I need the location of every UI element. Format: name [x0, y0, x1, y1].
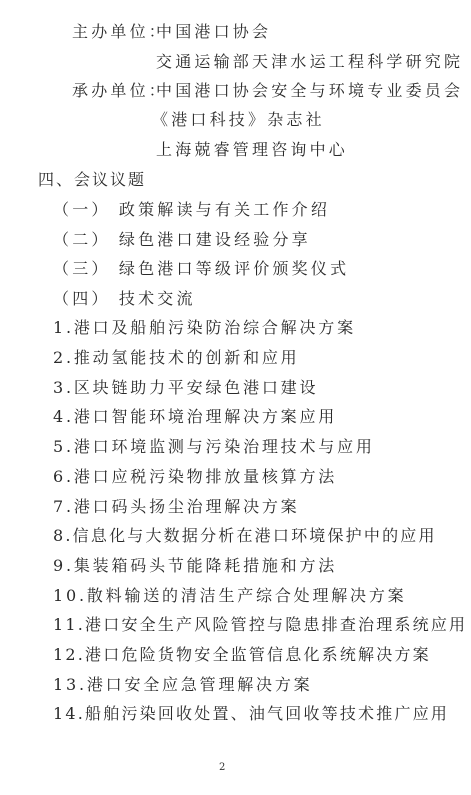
section-heading: 四、会议议题 [38, 170, 146, 190]
agenda-item: 9.集装箱码头节能降耗措施和方法 [53, 556, 337, 576]
subtopic: （一） 政策解读与有关工作介绍 [53, 200, 330, 220]
subtopic: （四） 技术交流 [53, 289, 196, 309]
co-organizer: 上海兢睿管理咨询中心 [156, 140, 348, 160]
agenda-item: 7.港口码头扬尘治理解决方案 [53, 497, 299, 517]
agenda-item: 5.港口环境监测与污染治理技术与应用 [53, 437, 375, 457]
subtopic: （三） 绿色港口等级评价颁奖仪式 [53, 259, 349, 279]
agenda-item: 6.港口应税污染物排放量核算方法 [53, 467, 337, 487]
agenda-item: 1.港口及船舶污染防治综合解决方案 [53, 318, 356, 338]
agenda-item: 10.散料输送的清洁生产综合处理解决方案 [53, 586, 406, 606]
host-org: 交通运输部天津水运工程科学研究院 [156, 52, 463, 72]
agenda-item: 12.港口危险货物安全监管信息化系统解决方案 [53, 645, 431, 665]
agenda-item: 11.港口安全生产风险管控与隐患排查治理系统应用 [53, 615, 467, 635]
agenda-item: 14.船舶污染回收处置、油气回收等技术推广应用 [53, 704, 449, 724]
agenda-item: 3.区块链助力平安绿色港口建设 [53, 378, 318, 398]
agenda-item: 8.信息化与大数据分析在港口环境保护中的应用 [53, 526, 437, 546]
co-organizer: 中国港口协会安全与环境专业委员会 [156, 81, 463, 101]
host-org: 中国港口协会 [156, 22, 271, 42]
host-label: 主办单位： [72, 22, 168, 42]
agenda-item: 4.港口智能环境治理解决方案应用 [53, 407, 337, 427]
co-organizer: 《港口科技》杂志社 [152, 110, 325, 130]
agenda-item: 2.推动氢能技术的创新和应用 [53, 348, 299, 368]
page-number: 2 [219, 762, 225, 773]
subtopic: （二） 绿色港口建设经验分享 [53, 230, 311, 250]
co-organizer-label: 承办单位： [72, 81, 168, 101]
agenda-item: 13.港口安全应急管理解决方案 [53, 675, 312, 695]
